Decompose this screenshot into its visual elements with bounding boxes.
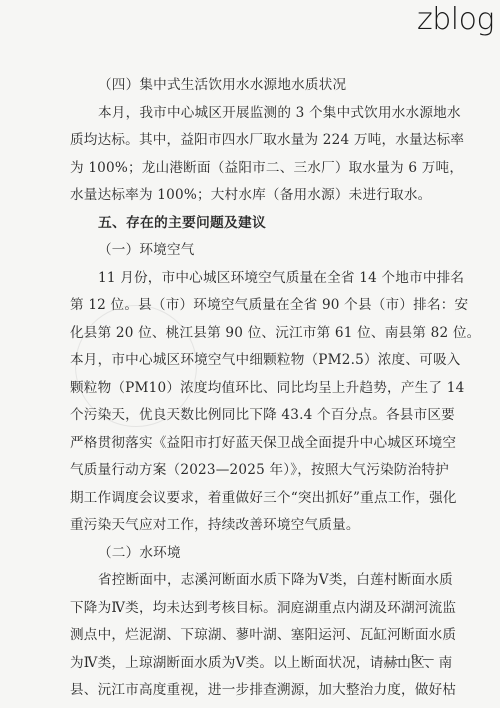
- paragraph-line: 本月，市中心城区环境空气中细颗粒物（PM2.5）浓度、可吸入: [70, 347, 438, 375]
- section-heading-problems: 五、存在的主要问题及建议: [70, 210, 438, 238]
- paragraph-line: 第 12 位。县（市）环境空气质量在全省 90 个县（市）排名：安: [70, 292, 438, 320]
- paragraph-line: 测点中，烂泥湖、下琼湖、蓼叶湖、塞阳运河、瓦缸河断面水质: [70, 622, 438, 650]
- paragraph-line: 重污染天气应对工作，持续改善环境空气质量。: [70, 512, 438, 540]
- paragraph-line: 气质量行动方案（2023—2025 年）》，按照大气污染防治特护: [70, 457, 438, 485]
- section-heading-air: （一）环境空气: [70, 237, 438, 265]
- paragraph-line: 化县第 20 位、桃江县第 90 位、沅江市第 61 位、南县第 82 位。: [70, 320, 438, 348]
- section-heading-water-env: （二）水环境: [70, 540, 438, 568]
- paragraph-line: 省控断面中，志溪河断面水质下降为Ⅴ类，白莲村断面水质: [70, 567, 438, 595]
- paragraph-line: 期工作调度会议要求，着重做好三个“突出抓好”重点工作，强化: [70, 485, 438, 513]
- paragraph-line: 11 月份，市中心城区环境空气质量在全省 14 个地市中排名: [70, 265, 438, 293]
- section-heading-water-source: （四）集中式生活饮用水水源地水质状况: [70, 72, 438, 100]
- paragraph-line: 颗粒物（PM10）浓度均值环比、同比均呈上升趋势，产生了 14: [70, 375, 438, 403]
- paragraph-line: 为 100%；龙山港断面（益阳市二、三水厂）取水量为 6 万吨，: [70, 155, 438, 183]
- paragraph-line: 县、沅江市高度重视，进一步排查溯源，加大整治力度，做好枯: [70, 677, 438, 705]
- paragraph-line: 下降为Ⅳ类，均未达到考核目标。洞庭湖重点内湖及环湖河流监: [70, 595, 438, 623]
- page-number: — 9 —: [395, 652, 434, 666]
- paragraph-line: 个污染天，优良天数比例同比下降 43.4 个百分点。各县市区要: [70, 402, 438, 430]
- watermark-logo: zblog: [417, 2, 494, 37]
- paragraph-line: 为Ⅳ类，上琼湖断面水质为Ⅴ类。以上断面状况，请赫山区、南: [70, 650, 438, 678]
- paragraph-line: 质均达标。其中，益阳市四水厂取水量为 224 万吨，水量达标率: [70, 127, 438, 155]
- paragraph-line: 严格贯彻落实《益阳市打好蓝天保卫战全面提升中心城区环境空: [70, 430, 438, 458]
- paragraph-line: 水量达标率为 100%；大村水库（备用水源）未进行取水。: [70, 182, 438, 210]
- document-page: （四）集中式生活饮用水水源地水质状况 本月，我市中心城区开展监测的 3 个集中式…: [70, 72, 438, 705]
- paragraph-line: 本月，我市中心城区开展监测的 3 个集中式饮用水水源地水: [70, 100, 438, 128]
